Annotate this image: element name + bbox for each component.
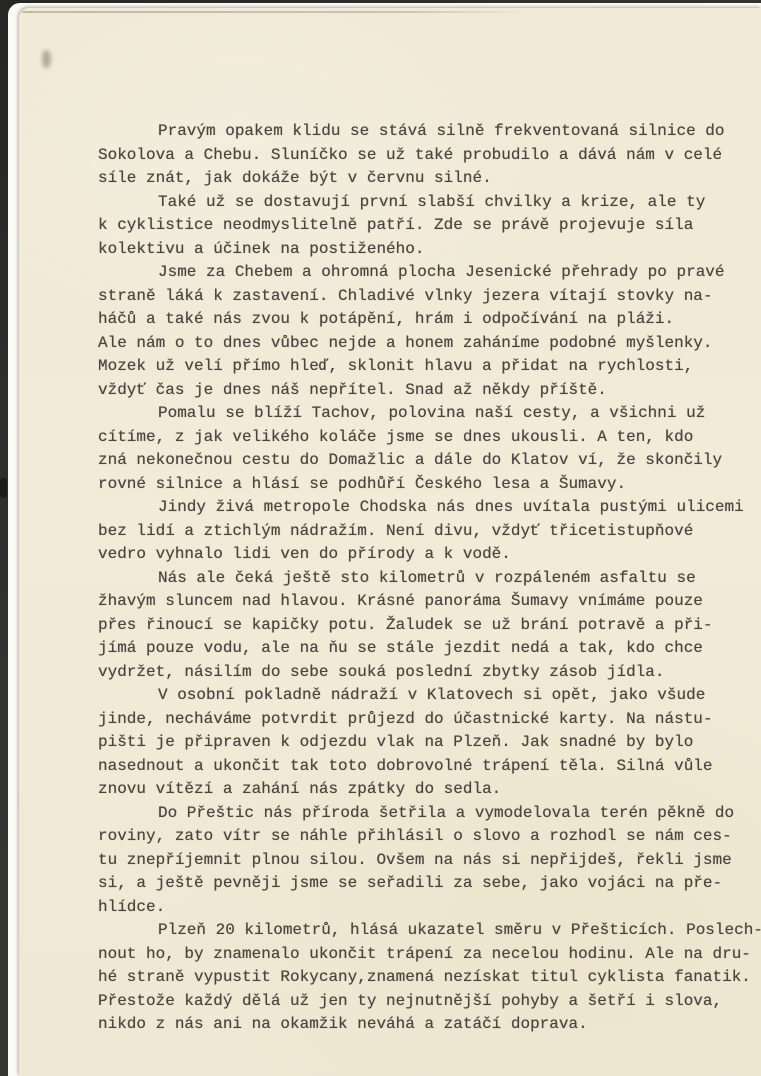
text-line: nasednout a ukončit tak toto dobrovolné …	[98, 755, 738, 779]
paper-sheet: Pravým opakem klidu se stává silně frekv…	[19, 8, 761, 1076]
text-line: si, a ještě pevněji jsme se seřadili za …	[98, 872, 738, 896]
text-line: Také už se dostavují první slabší chvilk…	[98, 191, 738, 215]
text-line: V osobní pokladně nádraží v Klatovech si…	[98, 684, 738, 708]
text-line: roviny, zato vítr se náhle přihlásil o s…	[98, 825, 738, 849]
text-line: Jindy živá metropole Chodska nás dnes uv…	[98, 496, 738, 520]
text-line: cítíme, z jak velikého koláče jsme se dn…	[98, 426, 738, 450]
paragraph: Nás ale čeká ještě sto kilometrů v rozpá…	[98, 567, 738, 685]
text-line: kolektivu a účinek na postiženého.	[98, 238, 738, 262]
text-line: Do Přeštic nás příroda šetřila a vymodel…	[98, 802, 738, 826]
text-line: zná nekonečnou cestu do Domažlic a dále …	[98, 449, 738, 473]
scan-edge-notch	[0, 478, 7, 498]
text-line: Sokolova a Chebu. Sluníčko se už také pr…	[98, 144, 738, 168]
text-line: vždyť čas je dnes náš nepřítel. Snad až …	[98, 379, 738, 403]
text-line: znovu vítězí a zahání nás zpátky do sedl…	[98, 778, 738, 802]
text-line: Plzeň 20 kilometrů, hlásá ukazatel směru…	[98, 919, 738, 943]
text-line: Mozek už velí přímo hleď, sklonit hlavu …	[98, 355, 738, 379]
text-line: vedro vyhnalo lidi ven do přírody a k vo…	[98, 543, 738, 567]
paragraph: Plzeň 20 kilometrů, hlásá ukazatel směru…	[98, 919, 738, 1037]
paragraph: Pomalu se blíží Tachov, polovina naší ce…	[98, 402, 738, 496]
text-line: nout ho, by znamenalo ukončit trápení za…	[98, 943, 738, 967]
text-line: k cyklistice neodmyslitelně patří. Zde s…	[98, 214, 738, 238]
text-line: nikdo z nás ani na okamžik neváhá a zatá…	[98, 1013, 738, 1037]
text-line: Pravým opakem klidu se stává silně frekv…	[98, 120, 738, 144]
text-line: Ale nám o to dnes vůbec nejde a honem za…	[98, 332, 738, 356]
text-line: žhavým sluncem nad hlavou. Krásné panorá…	[98, 590, 738, 614]
text-line: háčů a také nás zvou k potápění, hrám i …	[98, 308, 738, 332]
text-line: přes řinoucí se kapičky potu. Žaludek se…	[98, 614, 738, 638]
paragraph: Jindy živá metropole Chodska nás dnes uv…	[98, 496, 738, 567]
typewritten-text-block: Pravým opakem klidu se stává silně frekv…	[98, 120, 738, 1037]
text-line: rovné silnice a hlásí se podhůří Českého…	[98, 473, 738, 497]
text-line: jinde, necháváme potvrdit průjezd do úča…	[98, 708, 738, 732]
text-line: Pomalu se blíží Tachov, polovina naší ce…	[98, 402, 738, 426]
text-line: tu znepříjemnit plnou silou. Ovšem na ná…	[98, 849, 738, 873]
text-line: síle znát, jak dokáže být v červnu silné…	[98, 167, 738, 191]
text-line: Přestože každý dělá už jen ty nejnutnějš…	[98, 990, 738, 1014]
paragraph: Také už se dostavují první slabší chvilk…	[98, 191, 738, 262]
text-line: jímá pouze vodu, ale na ňu se stále jezd…	[98, 637, 738, 661]
text-line: straně láká k zastavení. Chladivé vlnky …	[98, 285, 738, 309]
paragraph: Jsme za Chebem a ohromná plocha Jesenick…	[98, 261, 738, 402]
paragraph: Do Přeštic nás příroda šetřila a vymodel…	[98, 802, 738, 920]
text-line: hé straně vypustit Rokycany,znamená nezí…	[98, 966, 738, 990]
text-line: bez lidí a ztichlým nádražím. Není divu,…	[98, 520, 738, 544]
scan-smudge	[42, 50, 51, 68]
paragraph: V osobní pokladně nádraží v Klatovech si…	[98, 684, 738, 802]
text-line: Nás ale čeká ještě sto kilometrů v rozpá…	[98, 567, 738, 591]
scanner-background: Pravým opakem klidu se stává silně frekv…	[0, 0, 761, 1076]
text-line: Jsme za Chebem a ohromná plocha Jesenick…	[98, 261, 738, 285]
text-line: vydržet, násilím do sebe souká poslední …	[98, 661, 738, 685]
text-line: hlídce.	[98, 896, 738, 920]
paragraph: Pravým opakem klidu se stává silně frekv…	[98, 120, 738, 191]
text-line: pišti je připraven k odjezdu vlak na Plz…	[98, 731, 738, 755]
scan-crease-line	[22, 11, 527, 13]
